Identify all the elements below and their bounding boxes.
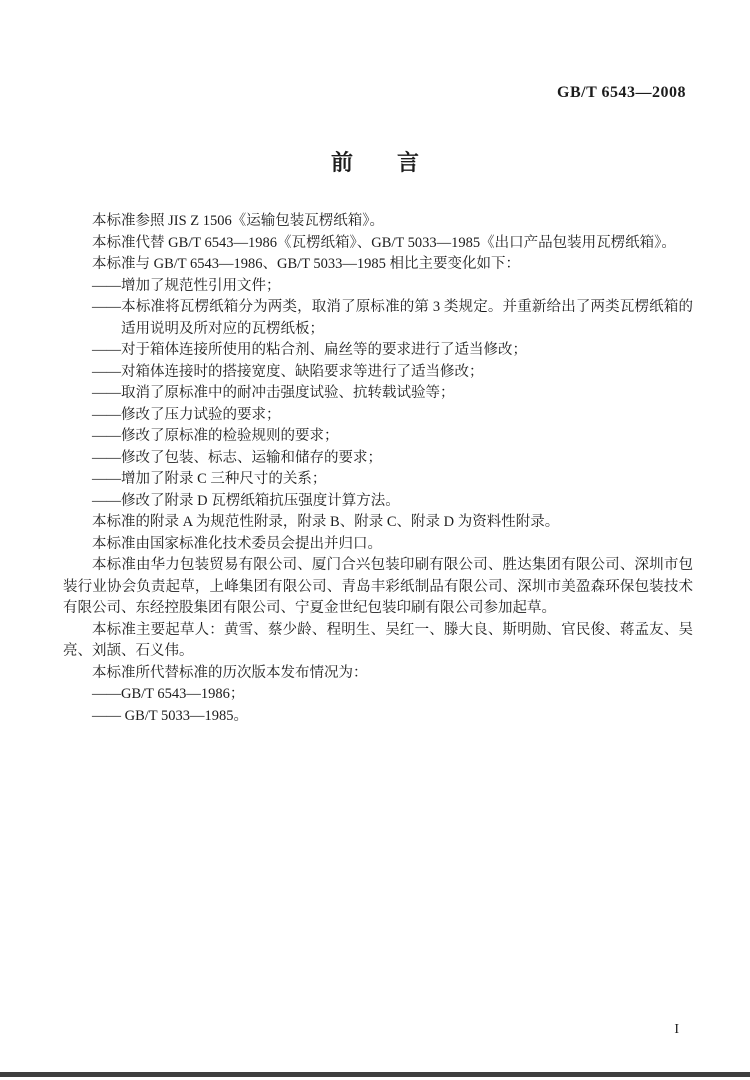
paragraph: 本标准由国家标准化技术委员会提出并归口。 — [63, 534, 693, 556]
paragraph: ——取消了原标准中的耐冲击强度试验、抗转载试验等； — [63, 383, 693, 405]
paragraph: 本标准与 GB/T 6543—1986、GB/T 5033—1985 相比主要变… — [63, 254, 693, 276]
paragraph: 本标准所代替标准的历次版本发布情况为： — [63, 663, 693, 685]
paragraph: ——修改了附录 D 瓦楞纸箱抗压强度计算方法。 — [63, 491, 693, 513]
paragraph: ——修改了原标准的检验规则的要求； — [63, 426, 693, 448]
paragraph: 本标准的附录 A 为规范性附录，附录 B、附录 C、附录 D 为资料性附录。 — [63, 512, 693, 534]
paragraph: 本标准由华力包装贸易有限公司、厦门合兴包装印刷有限公司、胜达集团有限公司、深圳市… — [63, 555, 693, 620]
paragraph: ——对于箱体连接所使用的粘合剂、扁丝等的要求进行了适当修改； — [63, 340, 693, 362]
page-title: 前 言 — [0, 146, 750, 177]
paragraph: ——本标准将瓦楞纸箱分为两类，取消了原标准的第 3 类规定。并重新给出了两类瓦楞… — [63, 297, 693, 340]
foreword-body: 本标准参照 JIS Z 1506《运输包装瓦楞纸箱》。本标准代替 GB/T 65… — [63, 211, 693, 727]
scan-edge-bar — [0, 1072, 750, 1077]
standard-number: GB/T 6543—2008 — [557, 84, 686, 102]
paragraph: —— GB/T 5033—1985。 — [63, 706, 693, 728]
paragraph: 本标准代替 GB/T 6543—1986《瓦楞纸箱》、GB/T 5033—198… — [63, 233, 693, 255]
paragraph: 本标准主要起草人：黄雪、蔡少龄、程明生、吴红一、滕大良、斯明勋、官民俊、蒋孟友、… — [63, 620, 693, 663]
paragraph: ——修改了包装、标志、运输和储存的要求； — [63, 448, 693, 470]
paragraph: ——对箱体连接时的搭接宽度、缺陷要求等进行了适当修改； — [63, 362, 693, 384]
paragraph: 本标准参照 JIS Z 1506《运输包装瓦楞纸箱》。 — [63, 211, 693, 233]
document-page: GB/T 6543—2008 前 言 本标准参照 JIS Z 1506《运输包装… — [0, 0, 750, 1080]
paragraph: ——增加了附录 C 三种尺寸的关系； — [63, 469, 693, 491]
paragraph: ——增加了规范性引用文件； — [63, 276, 693, 298]
page-number: I — [674, 1022, 679, 1038]
paragraph: ——修改了压力试验的要求； — [63, 405, 693, 427]
paragraph: ——GB/T 6543—1986； — [63, 684, 693, 706]
